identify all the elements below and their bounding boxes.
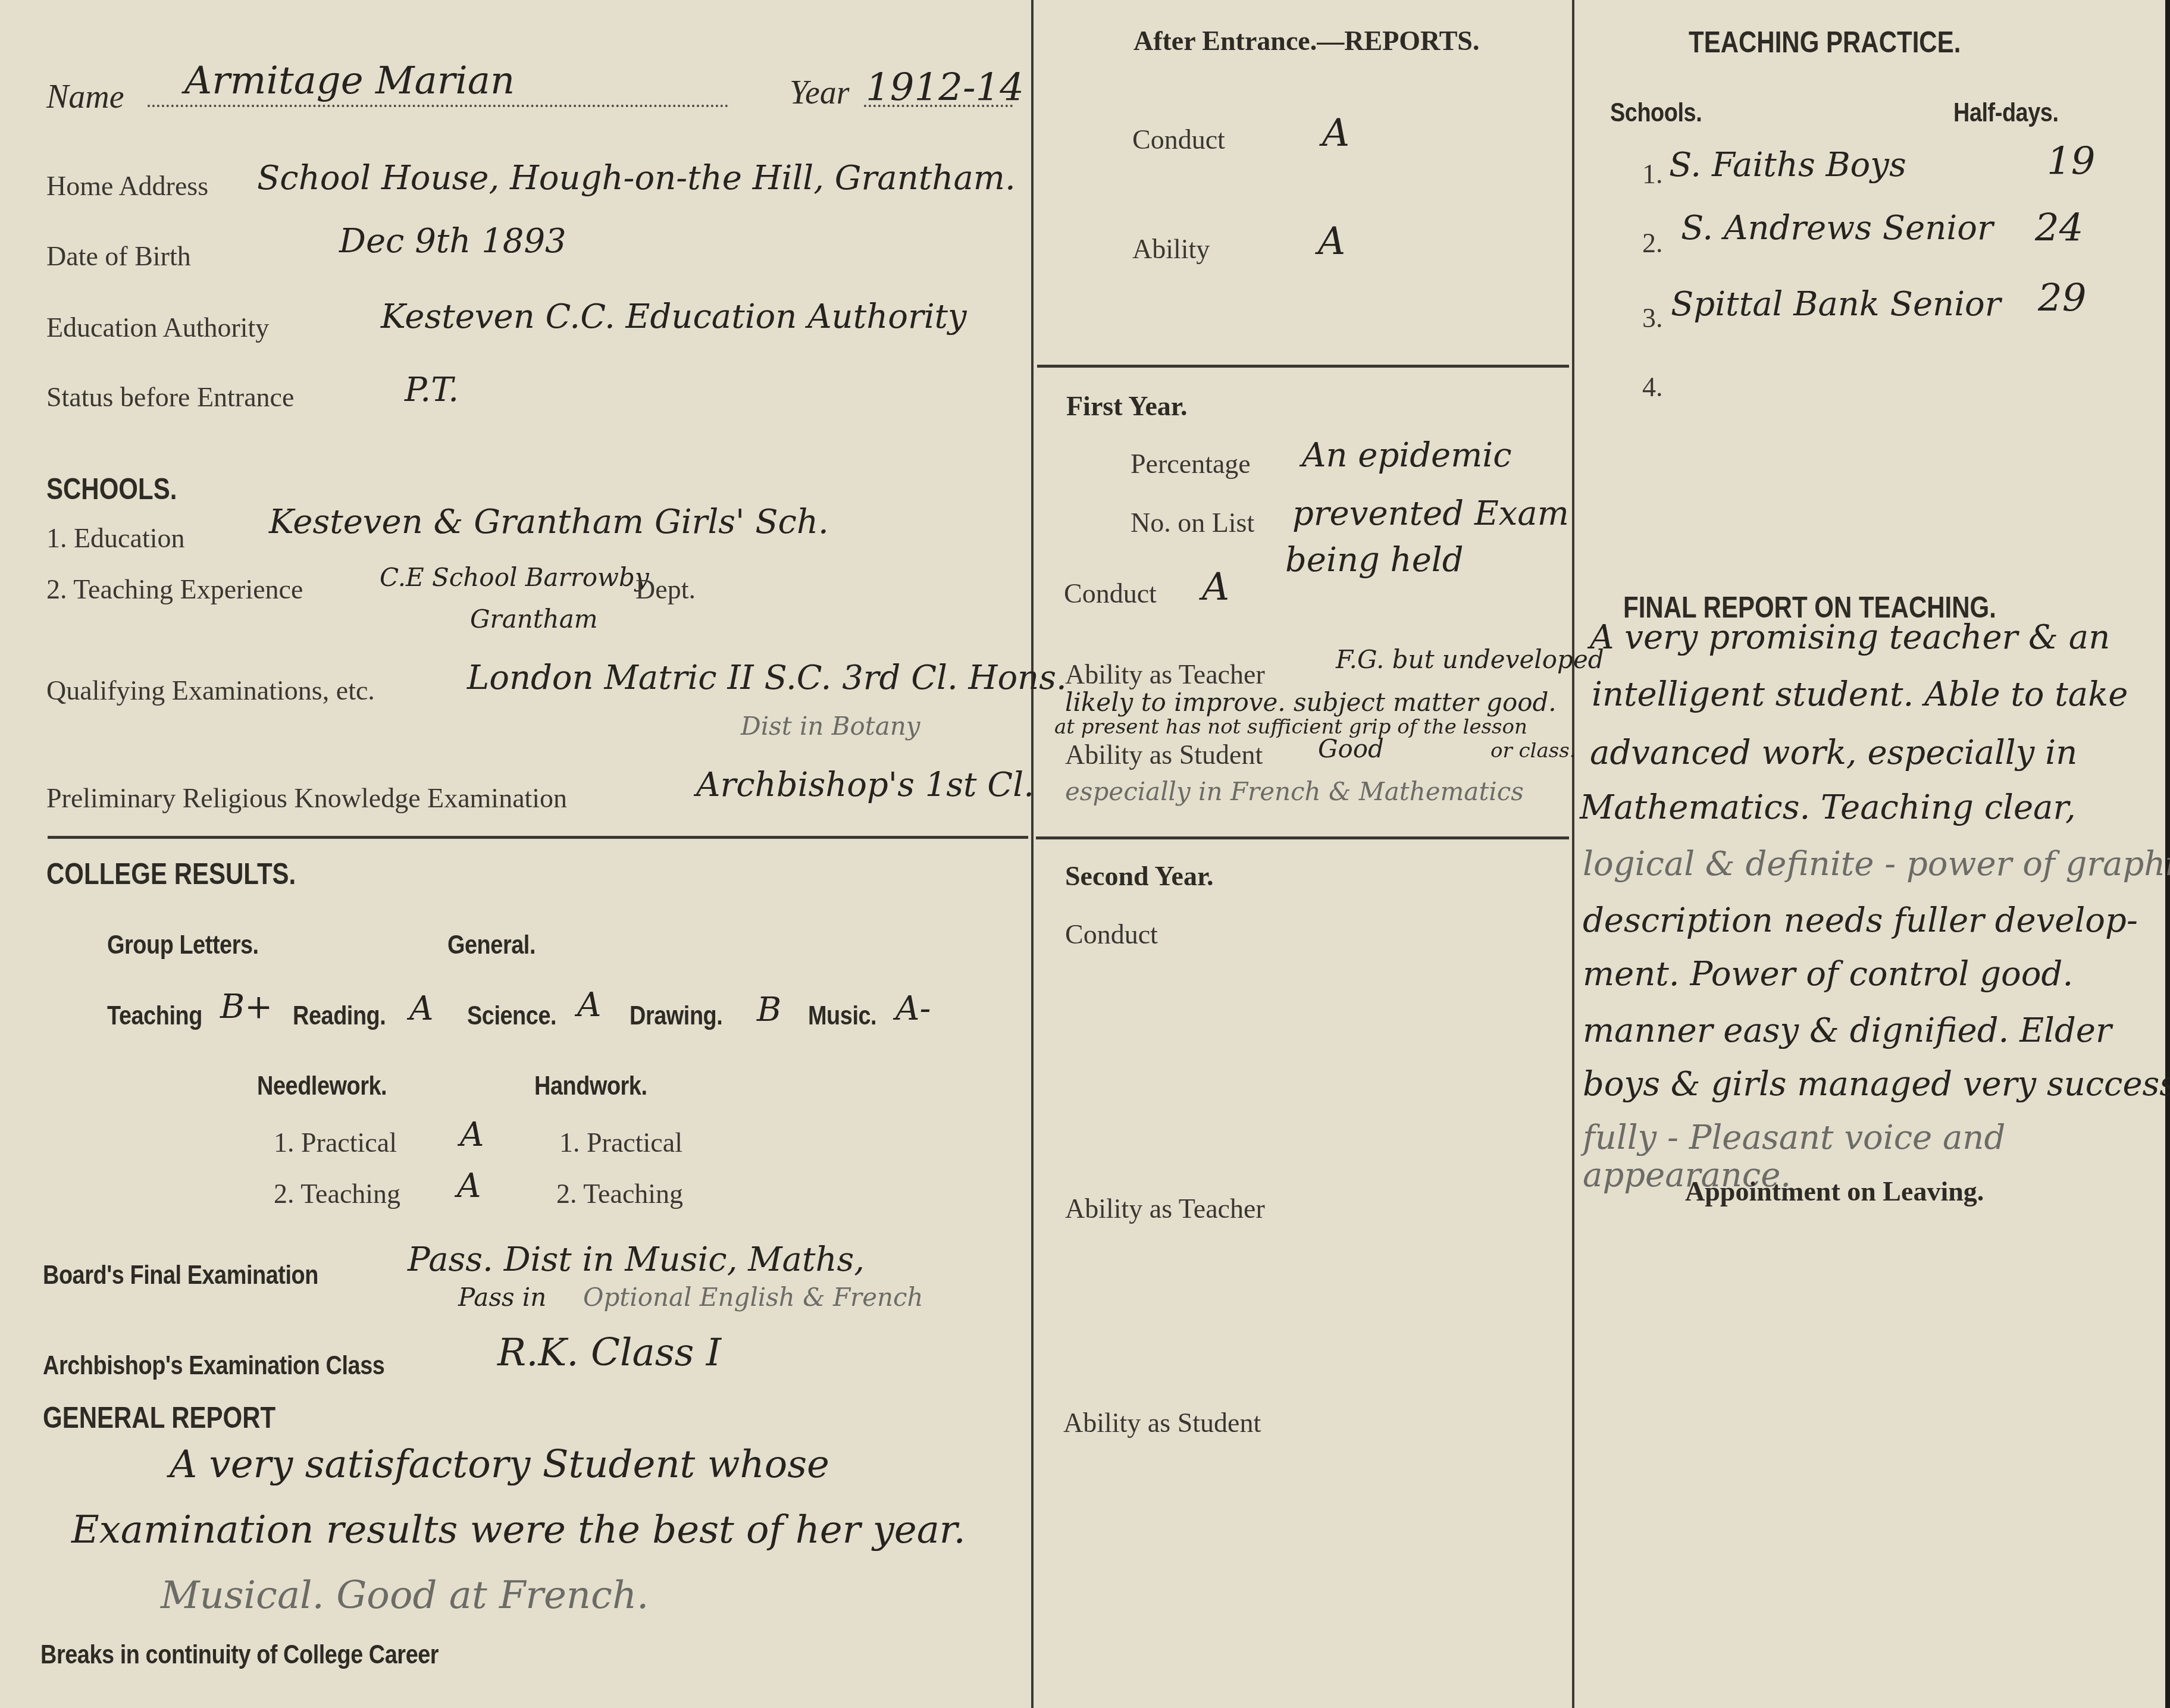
fy-teacher-label: Ability as Teacher — [1065, 661, 1265, 688]
general-report-line: Musical. Good at French. — [161, 1577, 649, 1615]
year-label: Year — [790, 76, 850, 109]
name-value: Armitage Marian — [184, 62, 515, 100]
schools-teaching-label: 2. Teaching Experience — [46, 576, 303, 603]
archbishops-label: Archbishop's Examination Class — [43, 1353, 384, 1379]
general-report-heading: GENERAL REPORT — [43, 1403, 275, 1433]
schools-column-header: Schools. — [1610, 100, 1702, 126]
archbishops-value: R.K. Class I — [497, 1334, 721, 1372]
qualifying-value: London Matric II S.C. 3rd Cl. Hons. — [467, 662, 1067, 695]
college-results-heading: COLLEGE RESULTS. — [46, 859, 296, 889]
handwork-practical-label: 1. Practical — [559, 1129, 682, 1157]
status-label: Status before Entrance — [46, 384, 294, 411]
reports-conduct-value: A — [1322, 114, 1349, 152]
fy-teacher-value: F.G. but undeveloped — [1336, 647, 1604, 672]
prelim-value: Archbishop's 1st Cl. — [696, 769, 1034, 802]
schools-heading: SCHOOLS. — [46, 474, 177, 504]
final-report-line: Mathematics. Teaching clear, — [1580, 791, 2076, 825]
needlework-teaching-value: A — [457, 1170, 481, 1203]
practice-row-school: S. Faiths Boys — [1669, 149, 1906, 182]
grade-reading-value: A — [409, 992, 433, 1026]
general-report-line: A very satisfactory Student whose — [170, 1446, 829, 1484]
fy-student-value-line2: especially in French & Mathematics — [1065, 779, 1524, 804]
final-report-line: boys & girls managed very success- — [1583, 1068, 2170, 1101]
name-dotted-line — [148, 105, 728, 107]
practice-row-number: 3. — [1642, 305, 1663, 332]
boards-final-value: Pass. Dist in Music, Maths, — [408, 1243, 865, 1277]
grade-music-label: Music. — [808, 1003, 876, 1029]
sy-student-label: Ability as Student — [1063, 1409, 1261, 1437]
second-year-heading: Second Year. — [1065, 863, 1214, 890]
fy-conduct-label: Conduct — [1064, 580, 1157, 607]
general-label: General. — [447, 932, 536, 958]
dob-value: Dec 9th 1893 — [339, 225, 566, 258]
percentage-label: Percentage — [1131, 450, 1251, 478]
needlework-practical-value: A — [460, 1118, 484, 1152]
reports-conduct-label: Conduct — [1132, 126, 1225, 153]
final-report-line: logical & definite - power of graphic — [1583, 848, 2170, 881]
qualifying-value-line2: Dist in Botany — [741, 714, 920, 739]
grade-music-value: A- — [895, 992, 931, 1026]
reports-ability-label: Ability — [1132, 236, 1210, 263]
needlework-practical-label: 1. Practical — [274, 1129, 397, 1157]
teaching-practice-heading: TEACHING PRACTICE. — [1689, 27, 1961, 57]
final-report-line: ment. Power of control good. — [1583, 958, 2073, 991]
needlework-teaching-label: 2. Teaching — [274, 1180, 400, 1208]
needlework-label: Needlework. — [257, 1073, 387, 1099]
schools-education-value: Kesteven & Grantham Girls' Sch. — [269, 506, 829, 539]
education-authority-label: Education Authority — [46, 314, 269, 341]
fy-teacher-value-line3: at present has not sufficient grip of th… — [1054, 717, 1527, 737]
reports-heading: After Entrance.—REPORTS. — [1133, 27, 1479, 55]
sy-conduct-label: Conduct — [1065, 921, 1158, 948]
no-on-list-label: No. on List — [1131, 509, 1254, 537]
practice-row-halfdays: 29 — [2038, 280, 2086, 318]
year-value: 1912-14 — [866, 69, 1024, 107]
general-report-line: Examination results were the best of her… — [71, 1511, 966, 1549]
home-address-label: Home Address — [46, 173, 208, 200]
first-year-heading: First Year. — [1066, 393, 1188, 420]
practice-row-halfdays: 19 — [2047, 143, 2095, 181]
no-on-list-value: prevented Exam — [1292, 497, 1569, 531]
grade-science-value: A — [577, 989, 601, 1022]
grade-science-label: Science. — [467, 1003, 556, 1029]
fy-student-label: Ability as Student — [1065, 741, 1263, 769]
fy-teacher-value-line4: or class. — [1490, 741, 1576, 761]
practice-row-school: S. Andrews Senior — [1681, 212, 1993, 245]
final-report-line: manner easy & dignified. Elder — [1583, 1014, 2112, 1048]
qualifying-label: Qualifying Examinations, etc. — [46, 677, 375, 704]
grade-reading-label: Reading. — [293, 1003, 386, 1029]
no-on-list-value-line2: being held — [1285, 544, 1464, 577]
sy-teacher-label: Ability as Teacher — [1065, 1195, 1265, 1223]
education-authority-value: Kesteven C.C. Education Authority — [381, 300, 967, 334]
final-report-line: A very promising teacher & an — [1590, 621, 2110, 654]
status-value: P.T. — [405, 374, 459, 407]
practice-row-halfdays: 24 — [2035, 209, 2083, 247]
reports-ability-value: A — [1318, 222, 1345, 261]
practice-row-number: 4. — [1642, 374, 1663, 401]
final-report-line: fully - Pleasant voice and — [1583, 1121, 2005, 1155]
percentage-value: An epidemic — [1302, 439, 1512, 472]
rule-middle-reports — [1037, 365, 1569, 368]
practice-row-number: 2. — [1642, 230, 1663, 257]
prelim-label: Preliminary Religious Knowledge Examinat… — [46, 785, 567, 812]
halfdays-column-header: Half-days. — [1953, 100, 2059, 126]
boards-final-value-line2b: Optional English & French — [583, 1285, 923, 1310]
practice-row-school: Spittal Bank Senior — [1671, 288, 2001, 321]
schools-teaching-value-line2: Grantham — [470, 607, 598, 632]
column-divider-left — [1031, 0, 1034, 1708]
handwork-teaching-label: 2. Teaching — [556, 1180, 683, 1208]
group-letters-label: Group Letters. — [107, 932, 259, 958]
schools-teaching-dept: Dept. — [635, 576, 696, 603]
grade-teaching-value: B+ — [220, 991, 273, 1024]
rule-left-college — [48, 836, 1028, 839]
handwork-label: Handwork. — [534, 1073, 647, 1099]
column-divider-right — [1572, 0, 1574, 1708]
home-address-value: School House, Hough-on-the Hill, Grantha… — [257, 162, 1016, 195]
dob-label: Date of Birth — [46, 243, 191, 270]
grade-teaching-label: Teaching — [107, 1003, 202, 1029]
final-report-line: description needs fuller develop- — [1583, 904, 2138, 938]
boards-final-value-line2a: Pass in — [458, 1285, 546, 1310]
practice-row-number: 1. — [1642, 161, 1663, 188]
appointment-label: Appointment on Leaving. — [1685, 1178, 1984, 1205]
grade-drawing-label: Drawing. — [630, 1003, 722, 1029]
fy-conduct-value: A — [1202, 568, 1229, 606]
schools-education-label: 1. Education — [46, 525, 185, 552]
final-report-line: advanced work, especially in — [1590, 737, 2077, 770]
fy-student-value: Good — [1318, 737, 1384, 761]
breaks-label: Breaks in continuity of College Career — [40, 1642, 439, 1668]
rule-middle-firstyear — [1036, 836, 1569, 839]
grade-drawing-value: B — [757, 994, 781, 1027]
schools-teaching-value: C.E School Barrowby — [380, 565, 649, 590]
name-label: Name — [46, 80, 124, 114]
boards-final-label: Board's Final Examination — [43, 1262, 318, 1289]
fy-teacher-value-line2: likely to improve. subject matter good. — [1065, 690, 1557, 715]
final-report-line: intelligent student. Able to take — [1592, 678, 2128, 712]
